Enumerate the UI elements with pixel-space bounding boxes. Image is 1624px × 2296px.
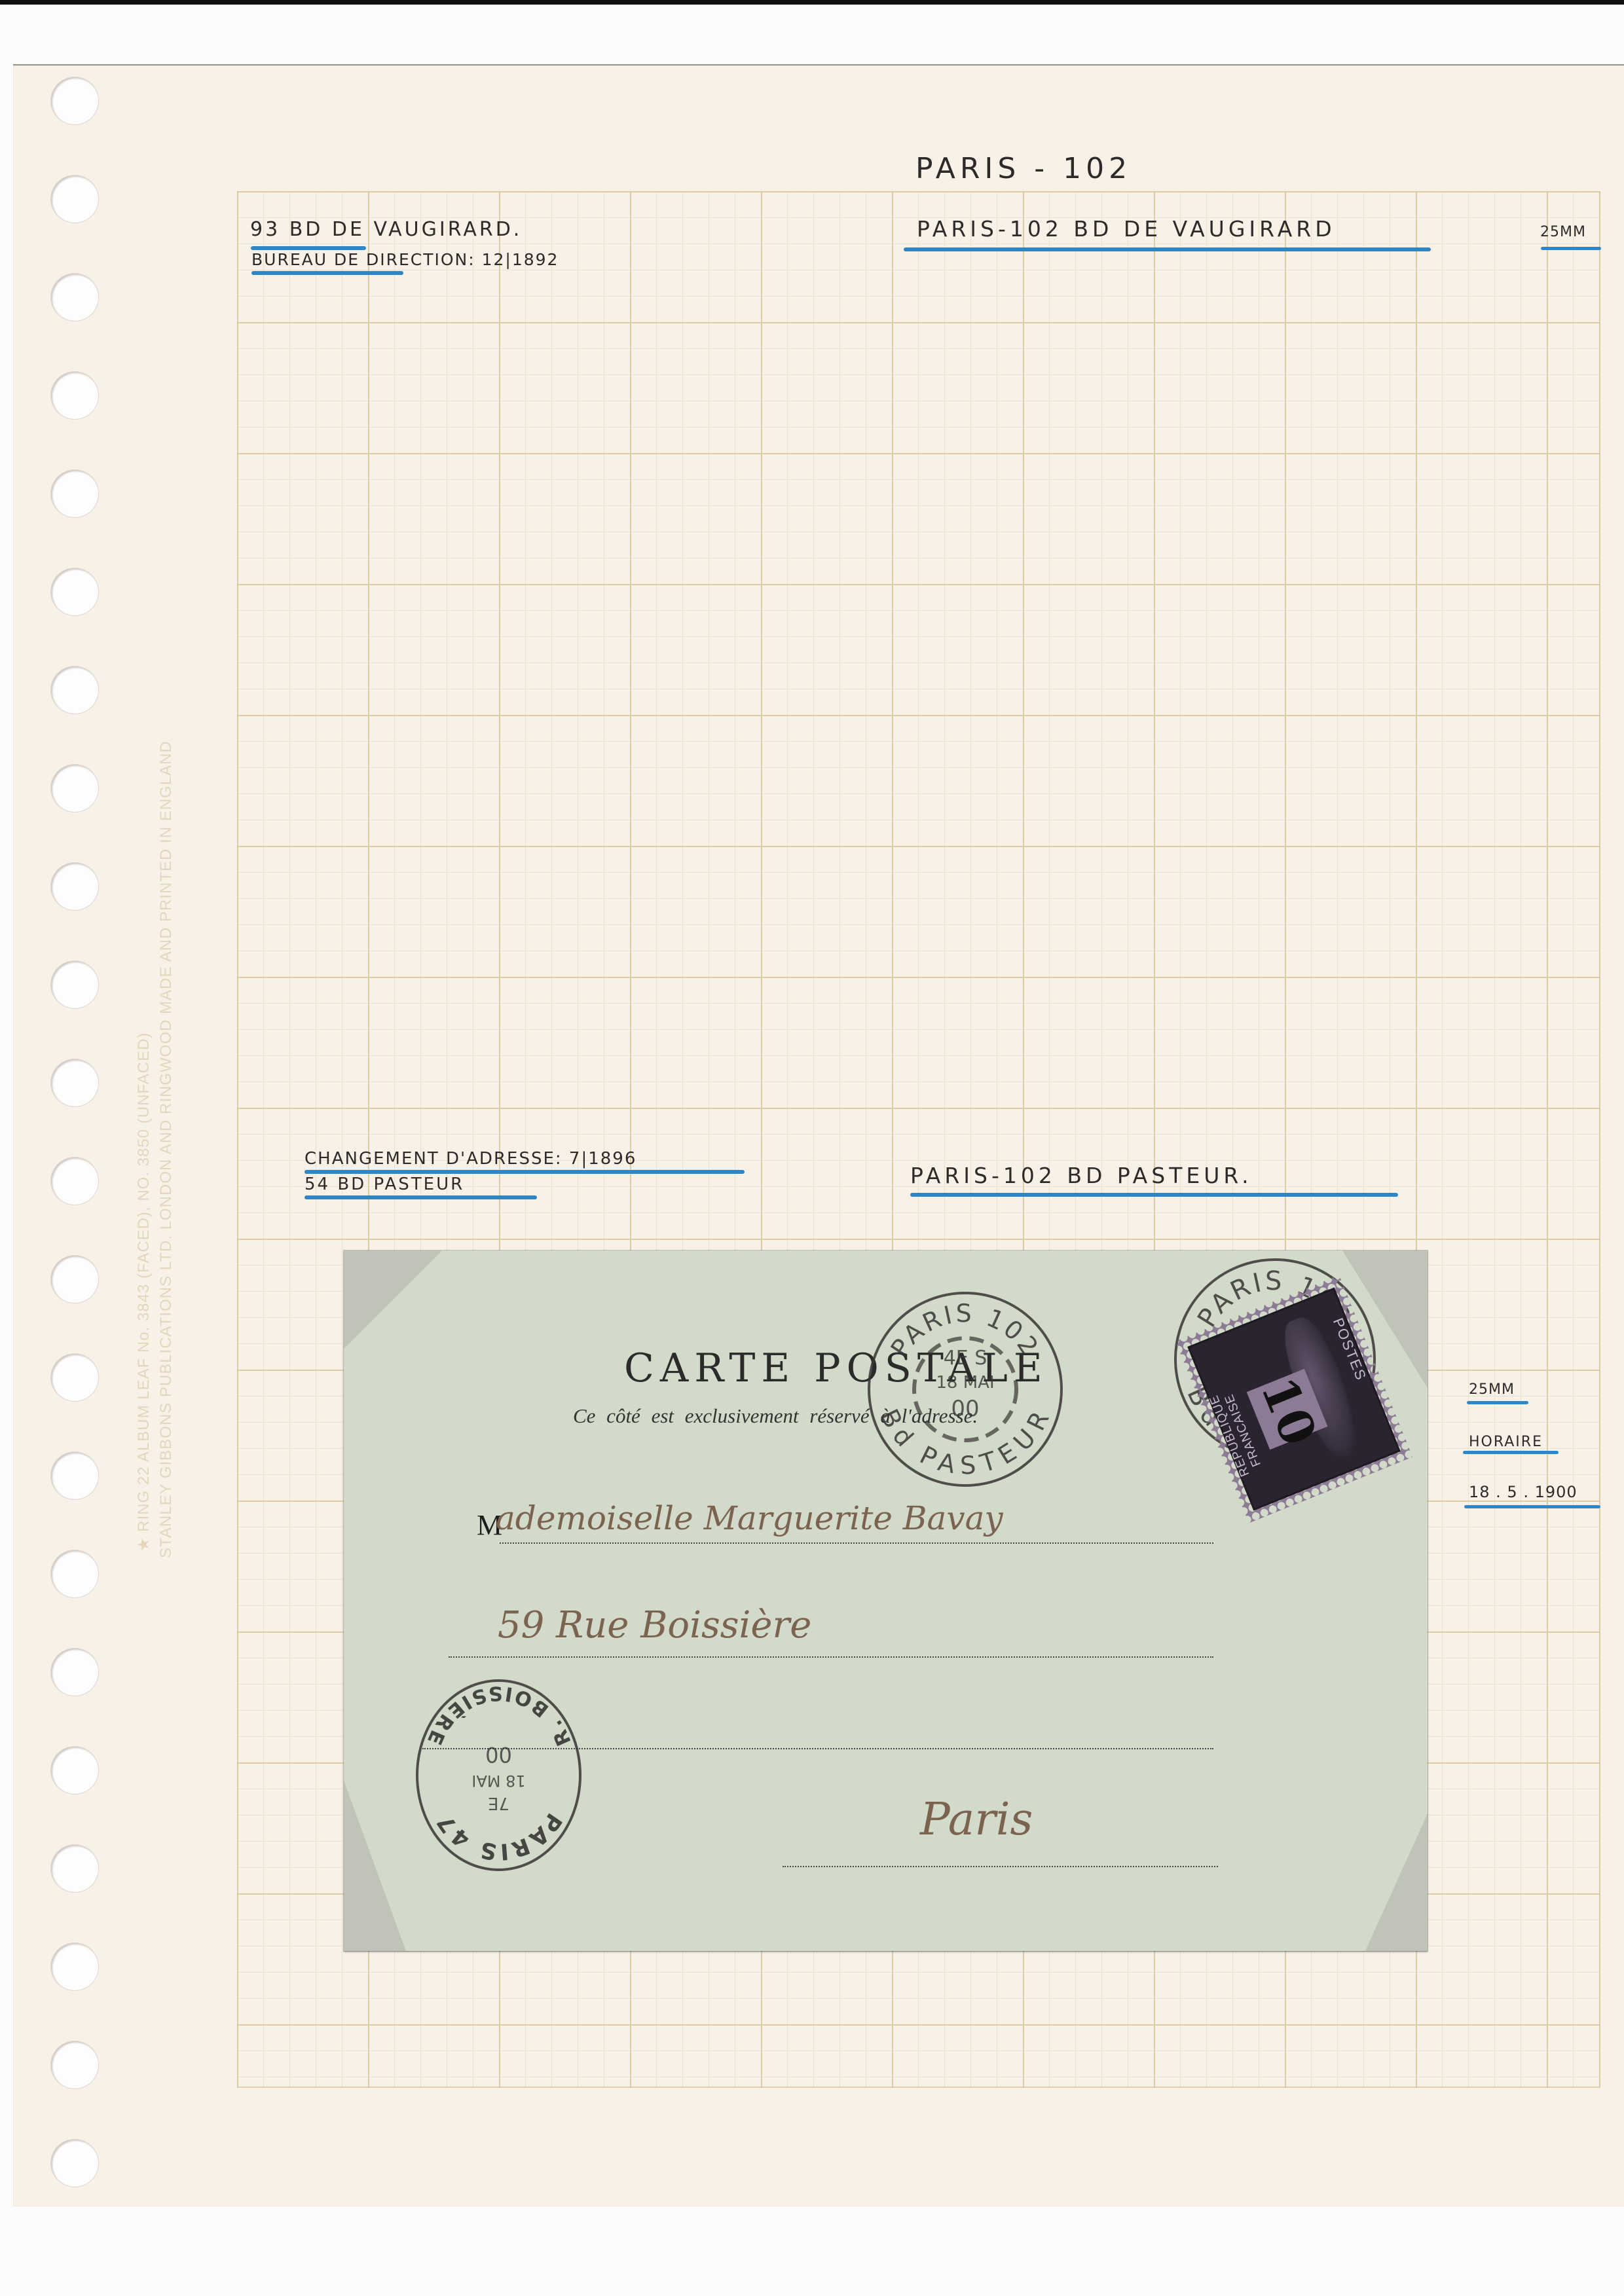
address-line [500, 1542, 1213, 1544]
binder-hole [51, 1943, 98, 1990]
side-note-size: 25MM [1469, 1381, 1515, 1398]
binder-hole [51, 1550, 98, 1597]
binder-hole [51, 765, 98, 812]
section2-note: CHANGEMENT D'ADRESSE: 7|1896 [304, 1149, 637, 1169]
underline [1463, 1451, 1559, 1454]
underline [1464, 1505, 1600, 1508]
binder-hole [51, 568, 98, 615]
section2-address: 54 Bd PASTEUR [304, 1175, 464, 1194]
binder-hole [51, 2140, 98, 2187]
binder-hole [51, 175, 98, 223]
binder-hole [51, 666, 98, 714]
photo-corner-mount [1365, 1813, 1428, 1951]
postmark-year: 00 [870, 1396, 1060, 1422]
postcard[interactable]: CARTE POSTALE Ce côté est exclusivement … [344, 1250, 1428, 1951]
addressee-name: ademoiselle Marguerite Bavay [496, 1499, 1003, 1537]
binder-hole [51, 1256, 98, 1303]
postmark-date: 18 MAI [870, 1373, 1060, 1393]
scanner-edge [0, 0, 1624, 5]
underline [904, 247, 1431, 251]
addressee-city: Paris [920, 1794, 1033, 1846]
binder-hole [51, 2041, 98, 2088]
address-line [783, 1866, 1218, 1867]
photo-corner-mount [344, 1250, 442, 1349]
binder-hole [51, 961, 98, 1008]
svg-text:R. BOISSIÈRE: R. BOISSIÈRE [422, 1681, 576, 1749]
binder-hole [51, 863, 98, 910]
binder-hole [51, 1452, 98, 1499]
postmark-arrival: PARIS 47 R. BOISSIÈRE 7E 18 MAI 00 [416, 1679, 581, 1871]
section1-note: BUREAU DE DIRECTION: 12|1892 [251, 250, 559, 269]
binder-hole [51, 1747, 98, 1794]
section1-address: 93 Bd DE VAUGIRARD. [250, 218, 522, 241]
side-note-horaire: HORAIRE [1469, 1434, 1543, 1450]
binder-hole [51, 372, 98, 419]
photo-corner-mount [344, 1781, 406, 1951]
binder-hole [51, 274, 98, 321]
underline [1467, 1401, 1528, 1404]
underline [304, 1170, 745, 1174]
section1-cancel-label: PARIS-102 Bd DE VAUGIRARD [917, 216, 1336, 242]
section2-cancel-label: PARIS-102 Bd PASTEUR. [910, 1163, 1253, 1188]
page-title: PARIS - 102 [915, 152, 1132, 185]
binder-hole [51, 470, 98, 517]
section1-size: 25MM [1540, 224, 1586, 240]
underline [910, 1193, 1398, 1197]
svg-text:PARIS 47: PARIS 47 [431, 1808, 567, 1865]
binder-hole [51, 1354, 98, 1401]
underline [251, 271, 403, 275]
underline [304, 1195, 537, 1199]
binder-hole [51, 77, 98, 124]
binder-hole [51, 1649, 98, 1696]
underline [1541, 247, 1601, 250]
postmark-levee: 4E S [870, 1347, 1060, 1370]
side-note-date: 18 . 5 . 1900 [1469, 1483, 1578, 1501]
binder-hole [51, 1845, 98, 1892]
album-imprint-line-2: STANLEY GIBBONS PUBLICATIONS LTD. LONDON… [157, 740, 175, 1558]
postmark-departure: PARIS 102 Bd PASTEUR 4E S 18 MAI 00 [868, 1292, 1063, 1487]
address-line [449, 1656, 1213, 1658]
binder-hole [51, 1157, 98, 1205]
album-imprint-line-1: ★ RING 22 ALBUM LEAF No. 3843 (FACED), N… [134, 1032, 153, 1552]
addressee-street: 59 Rue Boissière [498, 1604, 811, 1647]
binder-hole [51, 1059, 98, 1106]
